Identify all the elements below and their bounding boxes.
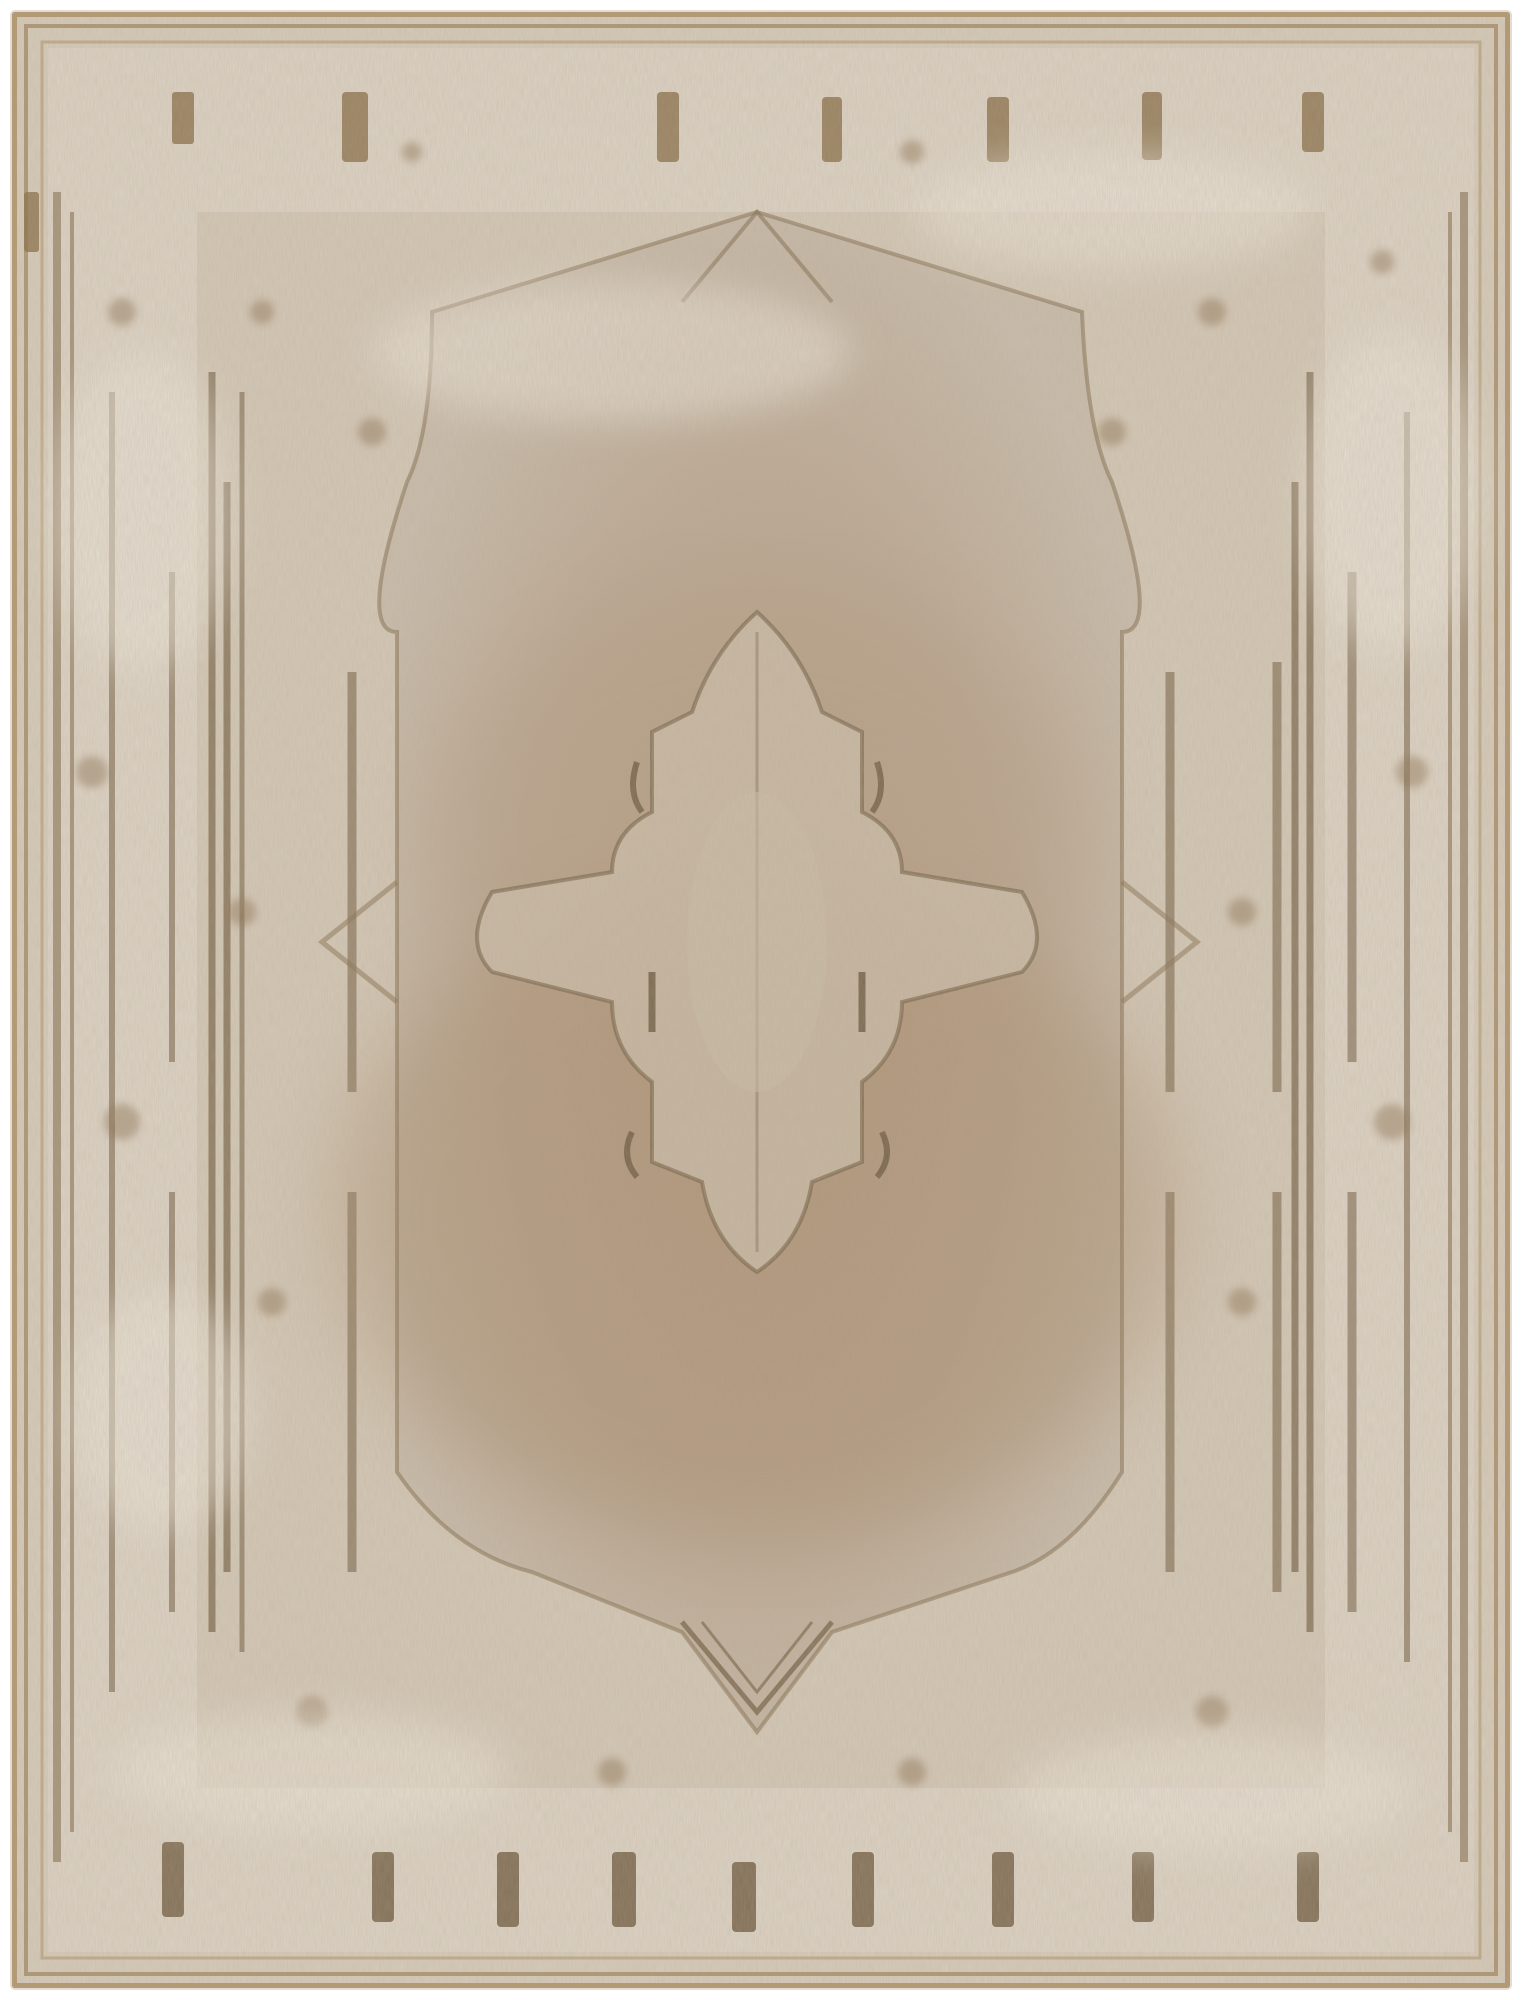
rug-photo <box>12 12 1510 1988</box>
rug-artwork <box>12 12 1510 1988</box>
